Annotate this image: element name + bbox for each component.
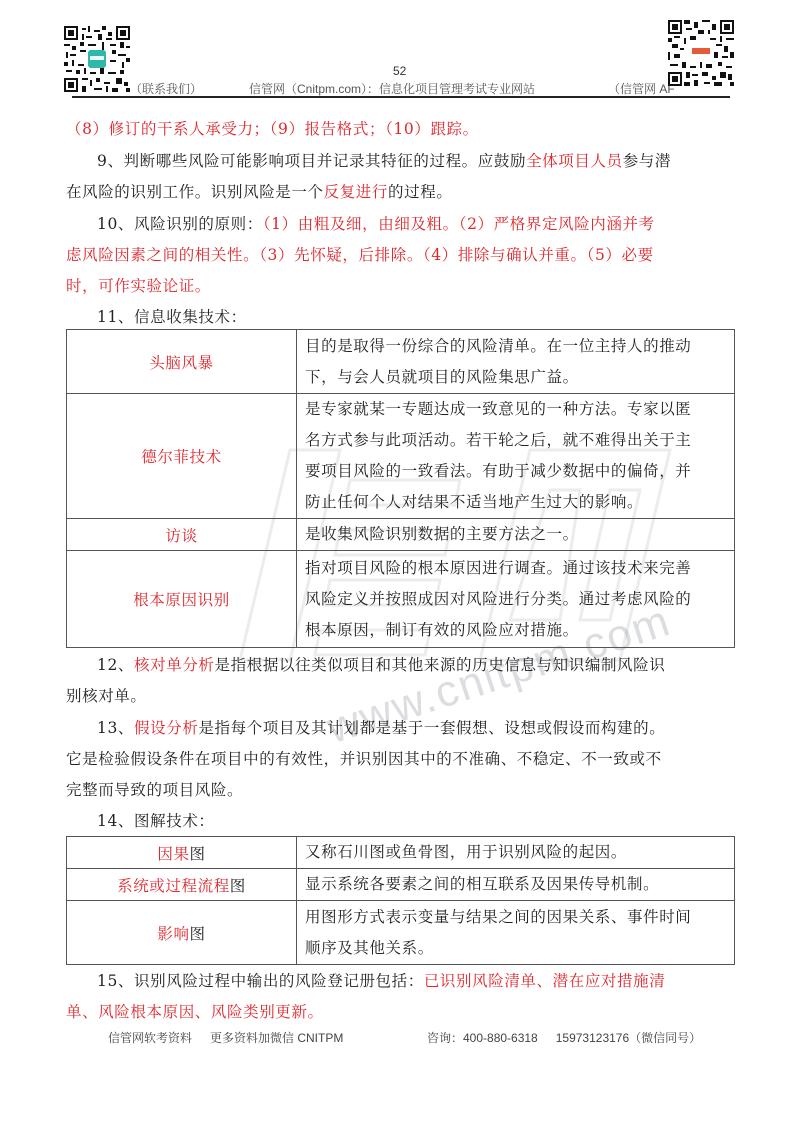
footer-mobile: 15973123176（微信同号） xyxy=(556,1031,701,1045)
table-row: 因果图 又称石川图或鱼骨图，用于识别风险的起因。 xyxy=(67,837,735,869)
item8-tail-text: （8）修订的干系人承受力；（9）报告格式；（10）跟踪。 xyxy=(66,114,736,145)
contact-us-label: （联系我们） xyxy=(130,80,202,97)
technique-description: 是专家就某一专题达成一致意见的一种方法。专家以匿 名方式参与此项活动。若干轮之后… xyxy=(297,394,735,519)
table-row: 根本原因识别 指对项目风险的根本原因进行调查。通过该技术来完善 风险定义并按照成… xyxy=(67,551,735,648)
document-page: （联系我们） 52 信管网（Cnitpm.com）：信息化项目管理考试专业网站 … xyxy=(0,0,800,1131)
item9-text: 参与潜 xyxy=(623,152,671,170)
item10-line1: 10、风险识别的原则：（1）由粗及细，由细及粗。（2）严格界定风险内涵并考 xyxy=(66,209,767,240)
item9-text: 在风险的识别工作。识别风险是一个 xyxy=(66,183,324,201)
header-rule xyxy=(72,96,730,98)
technique-description: 目的是取得一份综合的风险清单。在一位主持人的推动 下，与会人员就项目的风险集思广… xyxy=(297,330,735,394)
site-title: 信管网（Cnitpm.com）：信息化项目管理考试专业网站 xyxy=(249,80,535,97)
footer-left: 信管网软考资料更多资料加微信 CNITPM xyxy=(108,1029,343,1046)
item15-text: 15、识别风险过程中输出的风险登记册包括： xyxy=(97,972,424,990)
item9-highlight: 反复进行 xyxy=(324,183,388,201)
diagram-description: 用图形方式表示变量与结果之间的因果关系、事件时间 顺序及其他关系。 xyxy=(297,901,735,965)
diagram-name: 系统或过程流程图 xyxy=(67,869,297,901)
technique-name: 根本原因识别 xyxy=(67,551,297,648)
item10-line2: 虑风险因素之间的相关性。（3）先怀疑，后排除。（4）排除与确认并重。（5）必要 xyxy=(66,240,736,271)
item10-text: 10、风险识别的原则： xyxy=(97,215,263,233)
diagram-description: 又称石川图或鱼骨图，用于识别风险的起因。 xyxy=(297,837,735,869)
item9-line1: 9、判断哪些风险可能影响项目并记录其特征的过程。应鼓励全体项目人员参与潜 xyxy=(66,146,767,177)
footer-right: 咨询：400-880-631815973123176（微信同号） xyxy=(427,1029,701,1046)
item15-line1: 15、识别风险过程中输出的风险登记册包括：已识别风险清单、潜在应对措施清 xyxy=(66,966,767,997)
item13-line2: 它是检验假设条件在项目中的有效性，并识别因其中的不准确、不稳定、不一致或不 xyxy=(66,744,736,775)
item15-line2: 单、风险根本原因、风险类别更新。 xyxy=(66,997,736,1028)
qr-code-contact-icon xyxy=(64,26,130,92)
table-row: 德尔菲技术 是专家就某一专题达成一致意见的一种方法。专家以匿 名方式参与此项活动… xyxy=(67,394,735,519)
item12-text: 12、 xyxy=(97,656,134,674)
item10-line3: 时，可作实验论证。 xyxy=(66,271,736,302)
footer-hotline: 咨询：400-880-6318 xyxy=(427,1031,538,1045)
page-number: 52 xyxy=(393,64,406,78)
technique-description: 指对项目风险的根本原因进行调查。通过该技术来完善 风险定义并按照成因对风险进行分… xyxy=(297,551,735,648)
item12-highlight: 核对单分析 xyxy=(134,656,215,674)
item13-highlight: 假设分析 xyxy=(134,719,198,737)
item9-text: 9、判断哪些风险可能影响项目并记录其特征的过程。应鼓励 xyxy=(97,152,526,170)
footer-brand: 信管网软考资料 xyxy=(108,1031,192,1045)
technique-description: 是收集风险识别数据的主要方法之一。 xyxy=(297,519,735,551)
item9-line2: 在风险的识别工作。识别风险是一个反复进行的过程。 xyxy=(66,177,736,208)
footer-wechat: 更多资料加微信 CNITPM xyxy=(210,1031,343,1045)
qr-code-app-icon xyxy=(668,20,734,86)
item15-highlight: 已识别风险清单、潜在应对措施清 xyxy=(424,972,666,990)
technique-name: 头脑风暴 xyxy=(67,330,297,394)
item13-text: 是指每个项目及其计划都是基于一套假想、设想或假设而构建的。 xyxy=(198,719,665,737)
item14-heading: 14、图解技术： xyxy=(66,806,767,837)
item12-line2: 别核对单。 xyxy=(66,681,736,712)
diagram-name: 因果图 xyxy=(67,837,297,869)
app-label: （信管网 AF xyxy=(608,80,675,97)
item13-line3: 完整而导致的项目风险。 xyxy=(66,775,736,806)
item13-line1: 13、假设分析是指每个项目及其计划都是基于一套假想、设想或假设而构建的。 xyxy=(66,713,767,744)
technique-name: 德尔菲技术 xyxy=(67,394,297,519)
technique-name: 访谈 xyxy=(67,519,297,551)
item13-text: 13、 xyxy=(97,719,134,737)
item12-line1: 12、核对单分析是指根据以往类似项目和其他来源的历史信息与知识编制风险识 xyxy=(66,650,767,681)
item10-highlight: （1）由粗及细，由细及粗。（2）严格界定风险内涵并考 xyxy=(263,215,655,233)
item9-highlight: 全体项目人员 xyxy=(526,152,623,170)
diagram-description: 显示系统各要素之间的相互联系及因果传导机制。 xyxy=(297,869,735,901)
item9-text: 的过程。 xyxy=(388,183,452,201)
table-row: 头脑风暴 目的是取得一份综合的风险清单。在一位主持人的推动 下，与会人员就项目的… xyxy=(67,330,735,394)
item12-text: 是指根据以往类似项目和其他来源的历史信息与知识编制风险识 xyxy=(215,656,666,674)
diagramming-table: 因果图 又称石川图或鱼骨图，用于识别风险的起因。 系统或过程流程图 显示系统各要… xyxy=(66,836,735,965)
table-row: 访谈 是收集风险识别数据的主要方法之一。 xyxy=(67,519,735,551)
table-row: 影响图 用图形方式表示变量与结果之间的因果关系、事件时间 顺序及其他关系。 xyxy=(67,901,735,965)
table-row: 系统或过程流程图 显示系统各要素之间的相互联系及因果传导机制。 xyxy=(67,869,735,901)
info-gathering-table: 头脑风暴 目的是取得一份综合的风险清单。在一位主持人的推动 下，与会人员就项目的… xyxy=(66,329,735,648)
diagram-name: 影响图 xyxy=(67,901,297,965)
